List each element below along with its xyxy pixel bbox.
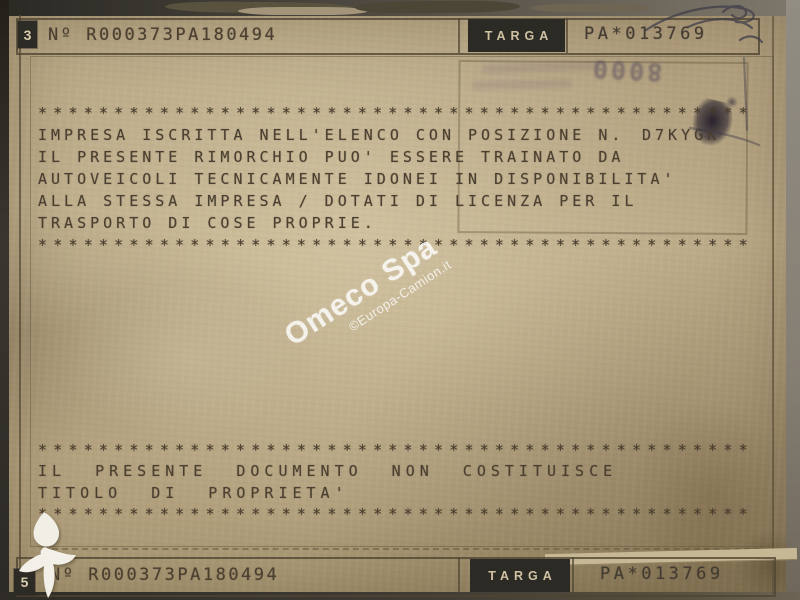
document-number: R000373PA180494 (88, 565, 279, 585)
torn-paper-piece (238, 7, 368, 15)
footer-note-line-2: TITOLO DI PROPRIETA' (38, 484, 349, 502)
asterisk-row: ****************************************… (38, 441, 754, 459)
body-line-towing-3: ALLA STESSA IMPRESA / DOTATI DI LICENZA … (38, 192, 637, 210)
asterisk-row: ****************************************… (38, 505, 754, 523)
body-line-towing-2: AUTOVEICOLI TECNICAMENTE IDONEI IN DISPO… (38, 170, 677, 188)
body-line-registration: IMPRESA ISCRITTA NELL'ELENCO CON POSIZIO… (38, 126, 624, 144)
mascot-figure-icon (12, 512, 88, 600)
body-line-towing-4: TRASPORTO DI COSE PROPRIE. (38, 214, 377, 232)
targa-label-box: TARGA (470, 559, 570, 592)
targa-label: TARGA (483, 569, 557, 583)
document-number-field: Nº R000373PA180494 (48, 25, 277, 45)
dashed-rule (42, 548, 760, 550)
targa-label-box: TARGA (468, 19, 565, 52)
targa-label: TARGA (480, 29, 554, 43)
document-photo: 3 Nº R000373PA180494 TARGA PA*013769 800… (0, 0, 800, 600)
cell-separator (572, 557, 574, 593)
page-fold-line (19, 15, 21, 595)
handwritten-scribble (628, 0, 800, 150)
section-number-box: 3 (18, 21, 37, 48)
footer-note-line-1: IL PRESENTE DOCUMENTO NON COSTITUISCE (38, 462, 617, 480)
photo-edge-left (0, 0, 9, 600)
faded-stamp-mark (472, 79, 572, 90)
number-label: Nº (48, 25, 73, 45)
document-number: R000373PA180494 (86, 25, 277, 45)
cell-separator (458, 18, 460, 53)
cell-separator (458, 557, 460, 593)
body-line-towing-1: IL PRESENTE RIMORCHIO PUO' ESSERE TRAINA… (38, 148, 624, 166)
plate-number: PA*013769 (600, 564, 724, 584)
cell-separator (566, 18, 568, 53)
section-number: 3 (24, 27, 32, 43)
